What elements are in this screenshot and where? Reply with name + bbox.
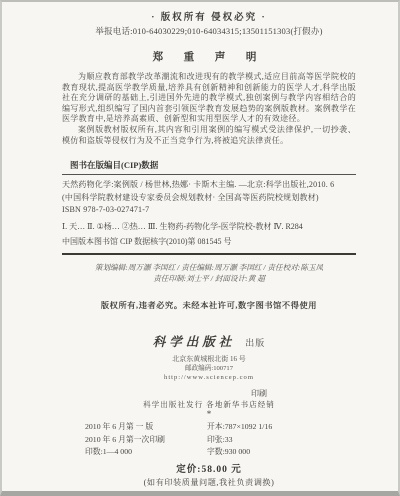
print-run: 印数:1—4 000: [85, 446, 207, 459]
copyright-page: · 版权所有 侵权必究 · 举报电话:010-64030229;010-6403…: [0, 0, 400, 496]
cip-title-line: 天然药物化学:案例版 / 杨世林,热娜· 卡斯木主编. —北京:科学出版社,20…: [62, 179, 356, 192]
publisher-name-line: 科学出版社 出版: [62, 332, 356, 351]
printing-date: 2010 年 6 月第一次印刷: [85, 434, 207, 447]
print-info-grid: 2010 年 6 月第 一 版 开本:787×1092 1/16 2010 年 …: [62, 421, 356, 459]
sheet-count: 印张:33: [207, 434, 333, 447]
rights-notice: · 版权所有 侵权必究 ·: [62, 11, 356, 25]
cip-record-number: 中国版本图书馆 CIP 数据核字(2010)第 081545 号: [62, 236, 356, 248]
print-info-row: 2010 年 6 月第 一 版 开本:787×1092 1/16: [62, 421, 356, 434]
price-line: 定价:58.00 元: [62, 461, 356, 475]
cip-series-line: (中国科学院教材建设专家委员会规划教材· 全国高等医药院校规划教材): [62, 192, 356, 205]
edition-date: 2010 年 6 月第 一 版: [85, 421, 207, 434]
digital-rights-notice: 版权所有,违者必究。未经本社许可,数字图书馆不得使用: [62, 300, 356, 311]
cip-bottom-rule: [62, 253, 356, 255]
printer-line: 印刷: [62, 388, 356, 399]
credits-line-2: 责任印制:刘士平 / 封面设计:黄 超: [62, 273, 356, 284]
cip-isbn: ISBN 978-7-03-027471-7: [62, 204, 356, 217]
staff-credits: 策划编辑:周万灏 李国红 / 责任编辑:周万灏 李国红 / 责任校对:陈玉凤 责…: [62, 262, 356, 284]
publisher-name: 科学出版社: [153, 335, 236, 349]
print-info-row: 2010 年 6 月第一次印刷 印张:33: [62, 434, 356, 447]
format-size: 开本:787×1092 1/16: [207, 421, 333, 434]
separator-star: *: [62, 410, 356, 418]
publisher-website: http://www.sciencep.com: [62, 373, 356, 383]
publish-label: 出版: [245, 338, 265, 348]
publisher-address: 北京东黄城根北街 16 号: [62, 354, 356, 364]
statement-paragraph-1: 为顺应教育部教学改革潮流和改进现有的教学模式,适应目前高等医学院校的教育现状,提…: [62, 72, 356, 125]
cip-top-rule: [62, 174, 356, 175]
statement-title: 郑 重 声 明: [62, 51, 356, 65]
cip-classification: Ⅰ. 天… Ⅱ. ①杨… ②热… Ⅲ. 生物药-药物化学-医学院校-教材 Ⅳ. …: [62, 221, 356, 233]
publisher-postcode: 邮政编码:100717: [62, 364, 356, 373]
statement-paragraph-2: 案例版教材版权所有,其内容和引用案例的编写模式受法律保护,一切抄袭、模仿和盗版等…: [62, 125, 356, 146]
cip-heading: 图书在版编目(CIP)数据: [62, 159, 356, 171]
print-info-row: 印数:1—4 000 字数:930 000: [62, 446, 356, 459]
report-phone-line: 举报电话:010-64030229;010-64034315;135011513…: [62, 25, 356, 38]
quality-note: (如有印装质量问题,我社负责调换): [62, 477, 356, 488]
print-label: 印刷: [251, 389, 267, 398]
cip-block: 图书在版编目(CIP)数据 天然药物化学:案例版 / 杨世林,热娜· 卡斯木主编…: [62, 159, 356, 255]
word-count: 字数:930 000: [207, 446, 333, 459]
publisher-block: 科学出版社 出版 北京东黄城根北街 16 号 邮政编码:100717 http:…: [62, 332, 356, 418]
credits-line-1: 策划编辑:周万灏 李国红 / 责任编辑:周万灏 李国红 / 责任校对:陈玉凤: [62, 262, 356, 273]
